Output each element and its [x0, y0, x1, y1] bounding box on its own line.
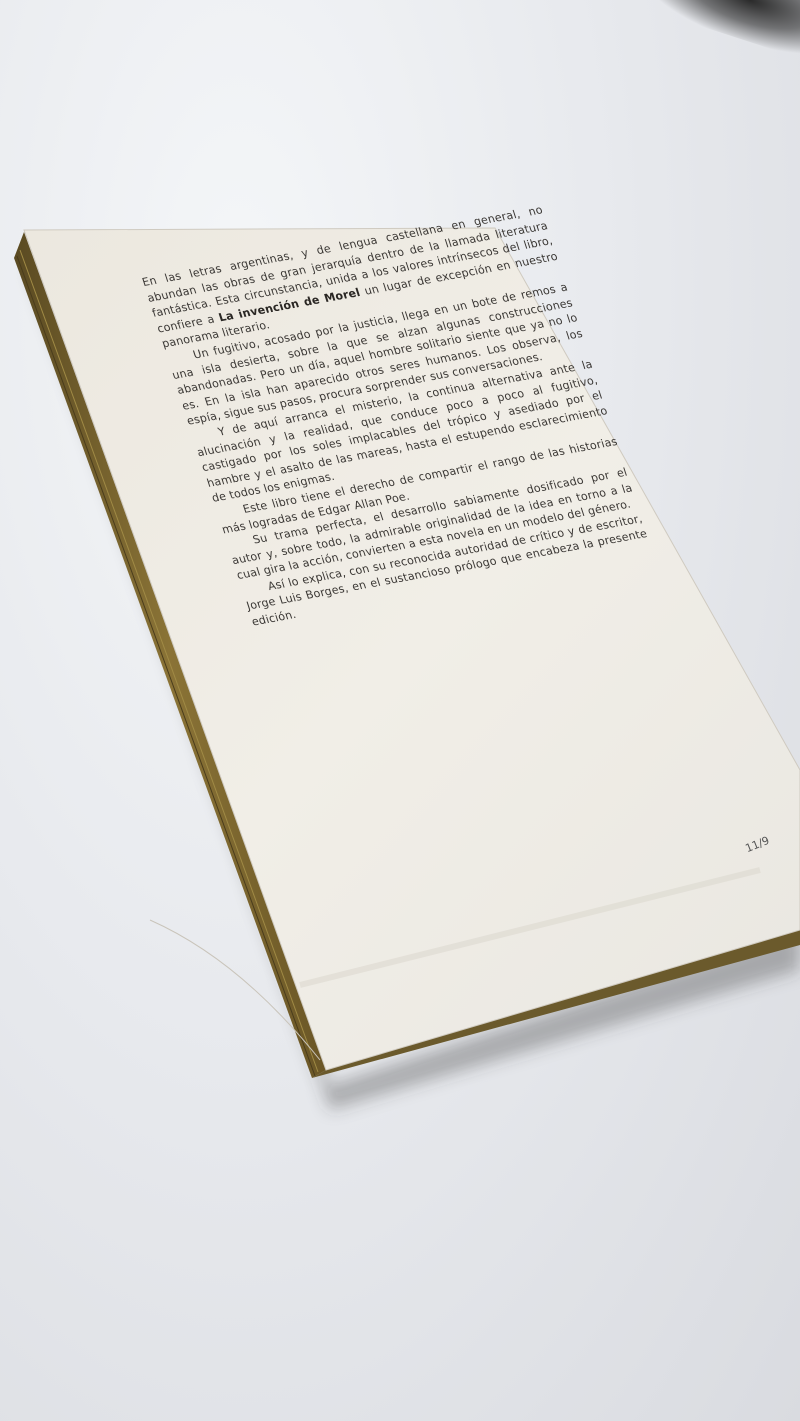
back-cover — [0, 0, 800, 1421]
